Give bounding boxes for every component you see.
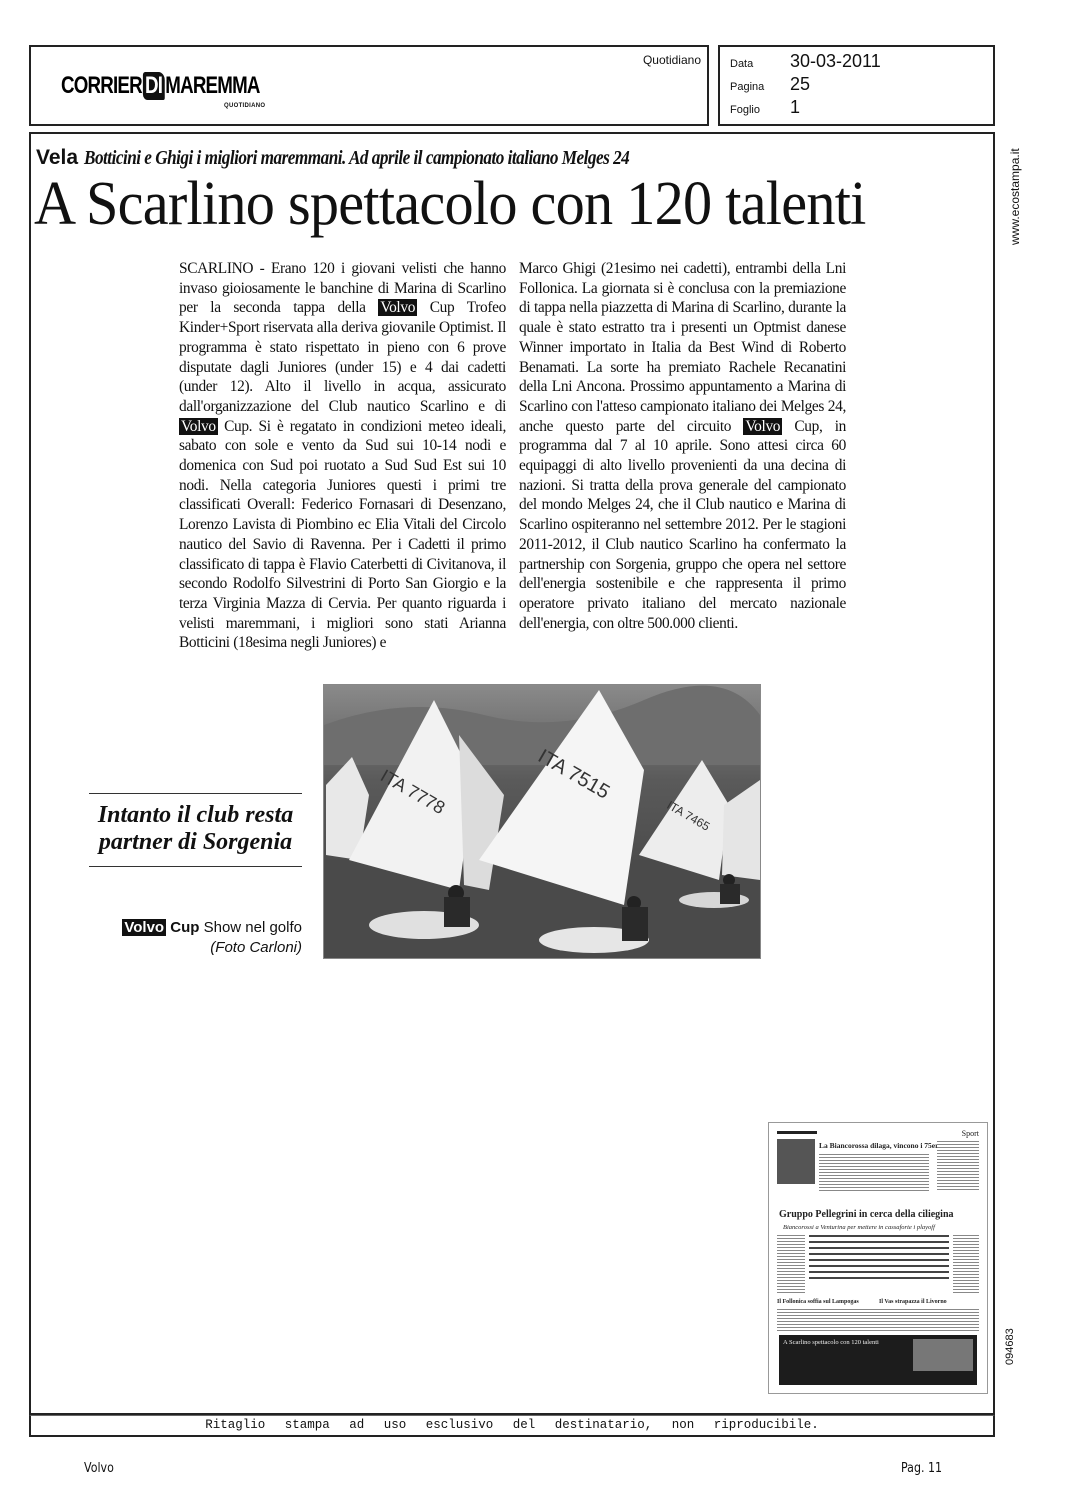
photo-caption: Volvo Cup Show nel golfo (Foto Carloni) bbox=[89, 918, 302, 958]
logo-text-maremma: MAREMMA bbox=[165, 72, 259, 99]
article-column-1: SCARLINO - Erano 120 i giovani velisti c… bbox=[179, 259, 506, 653]
article-column-2: Marco Ghigi (21esimo nei cadetti), entra… bbox=[519, 259, 846, 633]
meta-sheet: Foglio 1 bbox=[730, 97, 800, 118]
section-tag: Vela bbox=[36, 146, 78, 169]
meta-page: Pagina 25 bbox=[730, 74, 810, 95]
sailing-boats-image: ITA 7778 ITA 7515 ITA 7465 bbox=[324, 685, 760, 958]
newspaper-logo: CORRIERDIMAREMMA bbox=[61, 72, 260, 100]
page-thumbnail: Sport La Biancorossa dilaga, vincono i 7… bbox=[768, 1122, 988, 1394]
masthead-box: CORRIERDIMAREMMA QUOTIDIANO Quotidiano bbox=[29, 45, 709, 126]
article-kicker: Vela Botticini e Ghigi i migliori maremm… bbox=[36, 144, 718, 170]
volvo-logo: Volvo bbox=[378, 299, 417, 316]
logo-subtitle: QUOTIDIANO bbox=[224, 103, 265, 109]
footer-client: Volvo bbox=[84, 1461, 114, 1476]
footer-page-number: Pag. 11 bbox=[901, 1461, 942, 1476]
article-photo: ITA 7778 ITA 7515 ITA 7465 bbox=[323, 684, 761, 959]
website-watermark: www.ecostampa.it bbox=[1008, 115, 1028, 245]
thumb-headline-1: La Biancorossa dilaga, vincono i 75ers bbox=[819, 1141, 941, 1150]
thumb-section: Sport bbox=[962, 1129, 979, 1138]
thumb-image bbox=[777, 1139, 815, 1184]
thumb-this-article: A Scarlino spettacolo con 120 talenti bbox=[779, 1335, 977, 1385]
volvo-logo: Volvo bbox=[743, 418, 782, 435]
volvo-logo: Volvo bbox=[122, 919, 166, 936]
volvo-logo: Volvo bbox=[179, 418, 218, 435]
disclaimer-bar: Ritaglio stampa ad uso esclusivo del des… bbox=[29, 1415, 995, 1437]
thumb-headline-2: Gruppo Pellegrini in cerca della ciliegi… bbox=[779, 1209, 954, 1220]
publication-type: Quotidiano bbox=[643, 53, 701, 67]
subheadline: Botticini e Ghigi i migliori maremmani. … bbox=[84, 147, 629, 170]
document-code: 094683 bbox=[1004, 1295, 1024, 1365]
photo-credit: (Foto Carloni) bbox=[89, 938, 302, 958]
headline: A Scarlino spettacolo con 120 talenti bbox=[34, 170, 866, 238]
logo-text-corriere: CORRIER bbox=[61, 72, 142, 99]
pull-quote: Intanto il club resta partner di Sorgeni… bbox=[89, 793, 302, 867]
metadata-box: Data 30-03-2011 Pagina 25 Foglio 1 bbox=[718, 45, 995, 126]
meta-date: Data 30-03-2011 bbox=[730, 51, 881, 72]
logo-map-icon: DI bbox=[143, 72, 165, 100]
article-box: Vela Botticini e Ghigi i migliori maremm… bbox=[29, 132, 995, 1415]
